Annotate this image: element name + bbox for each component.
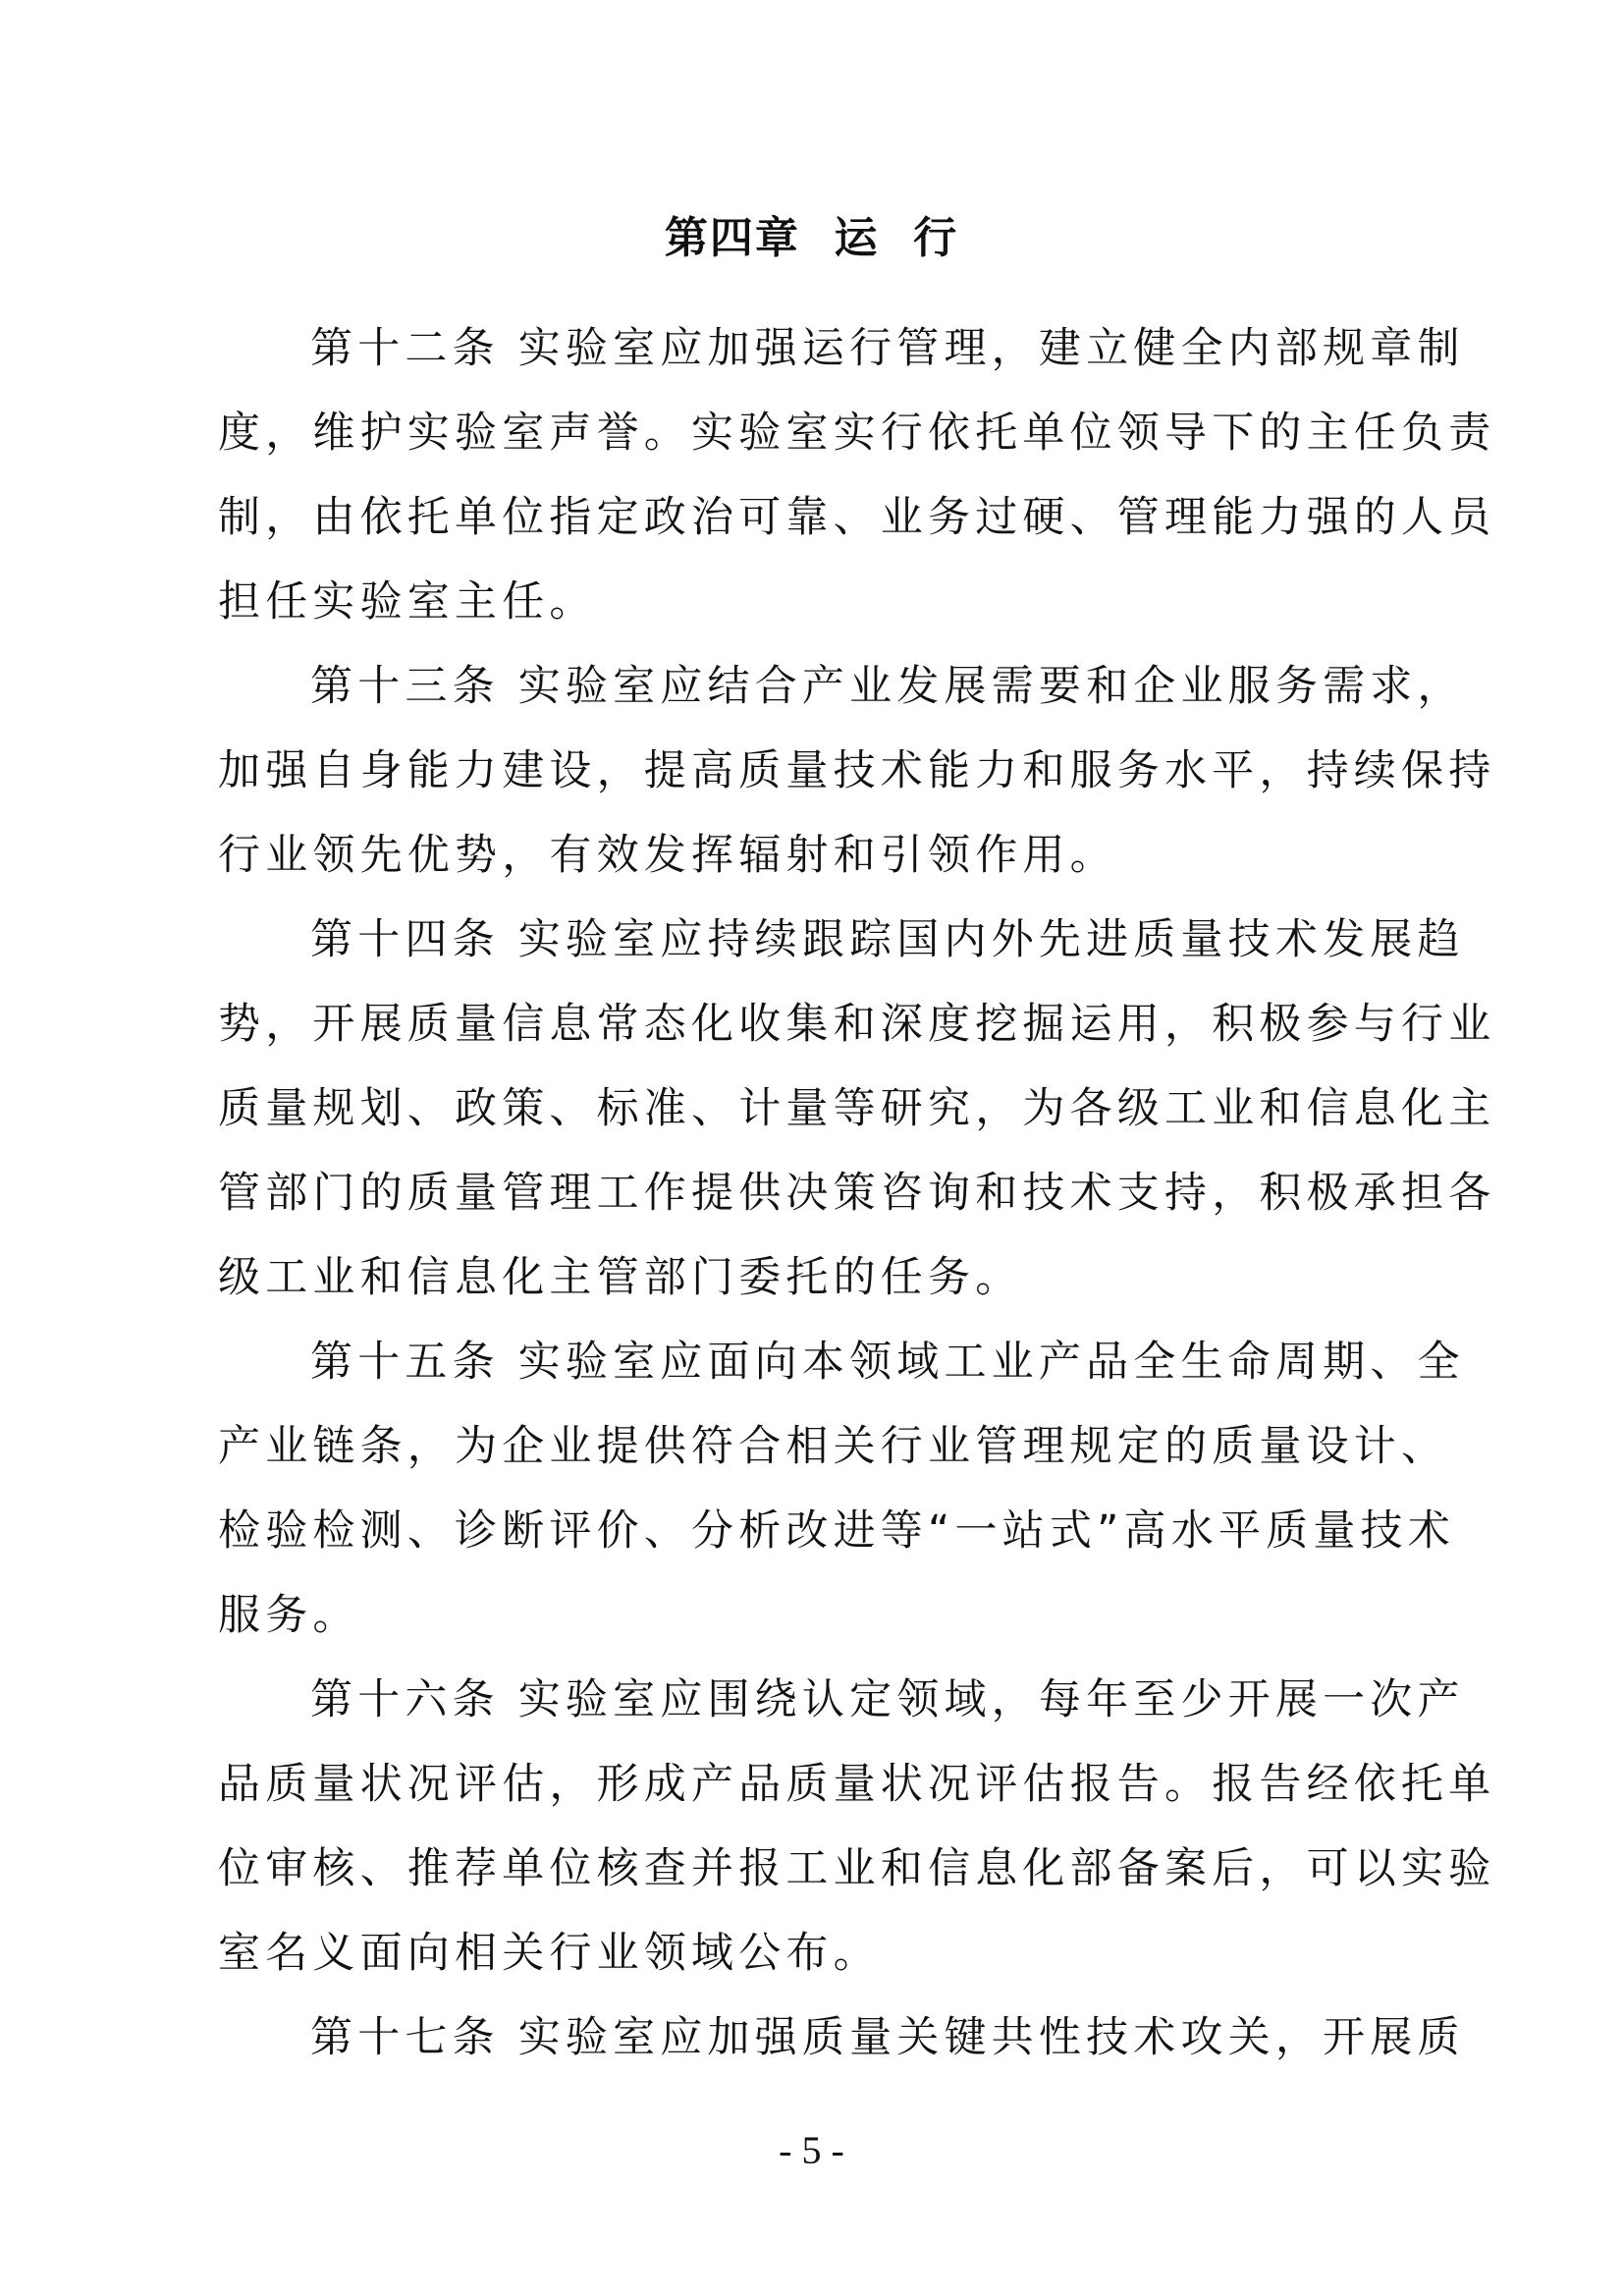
paragraph-text: 实验室应面向本领域工业产品全生命周期、全 (518, 1338, 1465, 1387)
paragraph-text (500, 915, 518, 964)
article-label: 第十六条 (310, 1675, 500, 1724)
article-16: 第十六条 实验室应围绕认定领域，每年至少开展一次产 品质量状况评估，形成产品质量… (218, 1664, 1406, 2001)
paragraph-line: 质量规划、政策、标准、计量等研究，为各级工业和信息化主 (218, 1072, 1406, 1157)
chapter-title: 第四章 运 行 (0, 209, 1623, 268)
article-label: 第十五条 (310, 1338, 500, 1387)
document-body: 第十二条 实验室应加强运行管理，建立健全内部规章制 度，维护实验室声誉。实验室实… (218, 312, 1406, 2086)
article-14: 第十四条 实验室应持续跟踪国内外先进质量技术发展趋 势，开展质量信息常态化收集和… (218, 903, 1406, 1326)
paragraph-text: 实验室应加强运行管理，建立健全内部规章制 (518, 324, 1465, 373)
article-first-line: 第十三条 实验室应结合产业发展需要和企业服务需求， (218, 650, 1406, 735)
page-number: - 5 - (0, 2121, 1623, 2180)
paragraph-line: 担任实验室主任。 (218, 566, 1406, 650)
paragraph-line: 服务。 (218, 1579, 1406, 1664)
article-label: 第十四条 (310, 915, 500, 964)
paragraph-line: 加强自身能力建设，提高质量技术能力和服务水平，持续保持 (218, 735, 1406, 819)
article-label: 第十七条 (310, 2013, 500, 2062)
paragraph-line: 级工业和信息化主管部门委托的任务。 (218, 1241, 1406, 1326)
paragraph-text (500, 1338, 518, 1387)
paragraph-text: 实验室应结合产业发展需要和企业服务需求， (518, 662, 1465, 711)
article-12: 第十二条 实验室应加强运行管理，建立健全内部规章制 度，维护实验室声誉。实验室实… (218, 312, 1406, 650)
article-label: 第十二条 (310, 324, 500, 373)
paragraph-line: 产业链条，为企业提供符合相关行业管理规定的质量设计、 (218, 1410, 1406, 1495)
paragraph-text: 实验室应持续跟踪国内外先进质量技术发展趋 (518, 915, 1465, 964)
article-first-line: 第十二条 实验室应加强运行管理，建立健全内部规章制 (218, 312, 1406, 397)
paragraph-line: 管部门的质量管理工作提供决策咨询和技术支持，积极承担各 (218, 1157, 1406, 1241)
paragraph-text (500, 662, 518, 711)
paragraph-line: 势，开展质量信息常态化收集和深度挖掘运用，积极参与行业 (218, 988, 1406, 1072)
article-13: 第十三条 实验室应结合产业发展需要和企业服务需求， 加强自身能力建设，提高质量技… (218, 650, 1406, 903)
paragraph-text: 实验室应加强质量关键共性技术攻关，开展质 (518, 2013, 1465, 2062)
document-page: 第四章 运 行 第十二条 实验室应加强运行管理，建立健全内部规章制 度，维护实验… (0, 0, 1623, 2296)
article-first-line: 第十四条 实验室应持续跟踪国内外先进质量技术发展趋 (218, 903, 1406, 988)
paragraph-line: 室名义面向相关行业领域公布。 (218, 1917, 1406, 2001)
paragraph-text (500, 324, 518, 373)
article-first-line: 第十五条 实验室应面向本领域工业产品全生命周期、全 (218, 1326, 1406, 1410)
paragraph-text (500, 1675, 518, 1724)
article-first-line: 第十六条 实验室应围绕认定领域，每年至少开展一次产 (218, 1664, 1406, 1748)
paragraph-line: 品质量状况评估，形成产品质量状况评估报告。报告经依托单 (218, 1748, 1406, 1832)
paragraph-text: 实验室应围绕认定领域，每年至少开展一次产 (518, 1675, 1465, 1724)
paragraph-text (500, 2013, 518, 2062)
paragraph-line: 行业领先优势，有效发挥辐射和引领作用。 (218, 819, 1406, 903)
paragraph-line: 位审核、推荐单位核查并报工业和信息化部备案后，可以实验 (218, 1832, 1406, 1917)
article-label: 第十三条 (310, 662, 500, 711)
article-first-line: 第十七条 实验室应加强质量关键共性技术攻关，开展质 (218, 2001, 1406, 2086)
article-17: 第十七条 实验室应加强质量关键共性技术攻关，开展质 (218, 2001, 1406, 2086)
paragraph-line: 度，维护实验室声誉。实验室实行依托单位领导下的主任负责 (218, 397, 1406, 481)
paragraph-line: 制，由依托单位指定政治可靠、业务过硬、管理能力强的人员 (218, 481, 1406, 566)
article-15: 第十五条 实验室应面向本领域工业产品全生命周期、全 产业链条，为企业提供符合相关… (218, 1326, 1406, 1664)
paragraph-line: 检验检测、诊断评价、分析改进等“一站式”高水平质量技术 (218, 1495, 1406, 1579)
